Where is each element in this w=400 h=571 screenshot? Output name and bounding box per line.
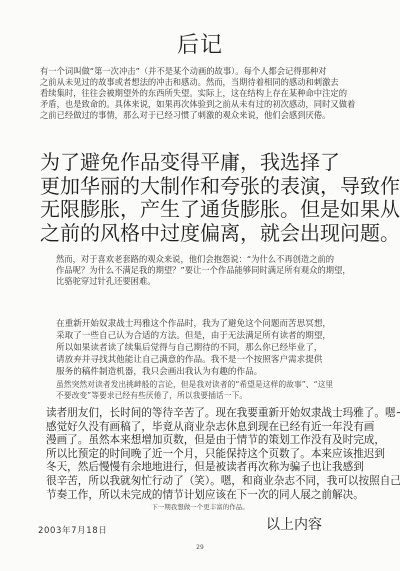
text-line: 很辛苦，所以我就匆忙行动了（笑）。嗯，和商业杂志不同，我可以按照自己的 [46,475,400,489]
paragraph-emphasis: 为了避免作品变得平庸，我选择了 更加华丽的大制作和夸张的表演，导致作品 无限膨胀… [40,151,400,245]
page-number: 29 [0,544,400,551]
text-line: 采取了一些自己认为合适的方法。但是，由于无法满足所有读者的期望， [56,330,331,342]
text-line: 有一个词叫做“第一次冲击”（并不是某个动画的故事）。每个人都会记得那种对 [40,66,355,77]
text-line: 为了避免作品变得平庸，我选择了 [40,151,400,175]
signature: 以上内容 [266,514,322,534]
text-line: 节奏工作，所以未完成的情节计划应该在下一次的同人展之前解决。 [46,489,400,503]
text-line: 所以如果读者读了续集后觉得与自己期待的不同，那么你已经毕业了， [56,342,331,354]
paragraph-readers: 读者朋友们，长时间的等待辛苦了。现在我要重新开始奴隶战士玛雅了。嗯~ 感觉好久没… [46,407,400,502]
text-line: 感觉好久没有画稿了，毕竟从商业杂志休息到现在已经有近一年没有画 [46,421,400,435]
signoff-line: 下一期我想做一个更丰富的作品。 [0,502,400,511]
paragraph-aside: 虽然突然对读者发出挑衅般的言论，但是我对读者的“希望是这样的故事”、“这里 不要… [56,380,333,401]
paragraph-audience: 然而，对于喜欢老套路的观众来说，他们会抱怨说：“为什么不再创造之前的 作品呢？为… [56,254,351,287]
text-line: 不要改变”等要求已经有些厌倦了，所以我要插话一下。 [56,391,333,402]
page-title: 后记 [0,28,400,59]
text-line: 冬天，然后慢慢有余地地进行，但是被读者再次称为骗子也让我感到 [46,461,400,475]
text-line: 在重新开始奴隶战士玛雅这个作品时，我为了避免这个问题而苦思冥想， [56,318,331,330]
text-line: 之前从未见过的故事或者想法的冲击和感动。然而，当期待着相同的感动和刺激去 [40,77,355,88]
text-line: 之前已经做过的事情，那么对于已经习惯了刺激的观众来说，他们会感到厌倦。 [40,110,355,121]
text-line: 漫画了。虽然本来想增加页数，但是由于情节的策划工作没有及时完成， [46,434,400,448]
text-line: 矛盾，也是致命的。具体来说，如果再次体验到之前从未有过的初次感动，同时又做着 [40,99,355,110]
text-line: 无限膨胀，产生了通货膨胀。但是如果从 [40,198,400,222]
text-line: 虽然突然对读者发出挑衅般的言论，但是我对读者的“希望是这样的故事”、“这里 [56,380,333,391]
paragraph-intro: 有一个词叫做“第一次冲击”（并不是某个动画的故事）。每个人都会记得那种对 之前从… [40,66,355,121]
text-line: 作品呢？为什么不满足我的期望？”要让一个作品能够同时满足所有观众的期望， [56,265,351,276]
text-line: 请放弃并寻找其他能让自己满意的作品。我不是一个按照客户需求提供 [56,354,331,366]
text-line: 读者朋友们，长时间的等待辛苦了。现在我要重新开始奴隶战士玛雅了。嗯~ [46,407,400,421]
text-line: 看续集时，往往会被期望外的东西所失望。实际上，这在结构上存在某种命中注定的 [40,88,355,99]
text-line: 所以比预定的时间晚了近一个月，只能保持这个页数了。本来应该推迟到 [46,448,400,462]
text-line: 之前的风格中过度偏离，就会出现问题。 [40,222,400,246]
date: 2003年7月18日 [38,524,107,536]
text-line: 然而，对于喜欢老套路的观众来说，他们会抱怨说：“为什么不再创造之前的 [56,254,351,265]
afterword-page: 后记 有一个词叫做“第一次冲击”（并不是某个动画的故事）。每个人都会记得那种对 … [0,0,400,571]
text-line: 比骆驼穿过针孔还要困难。 [56,276,351,287]
text-line: 更加华丽的大制作和夸张的表演，导致作品 [40,175,400,199]
text-line: 服务的稿件制造机器，我只会画出我认为有趣的作品。 [56,366,331,378]
paragraph-restart: 在重新开始奴隶战士玛雅这个作品时，我为了避免这个问题而苦思冥想， 采取了一些自己… [56,318,331,378]
